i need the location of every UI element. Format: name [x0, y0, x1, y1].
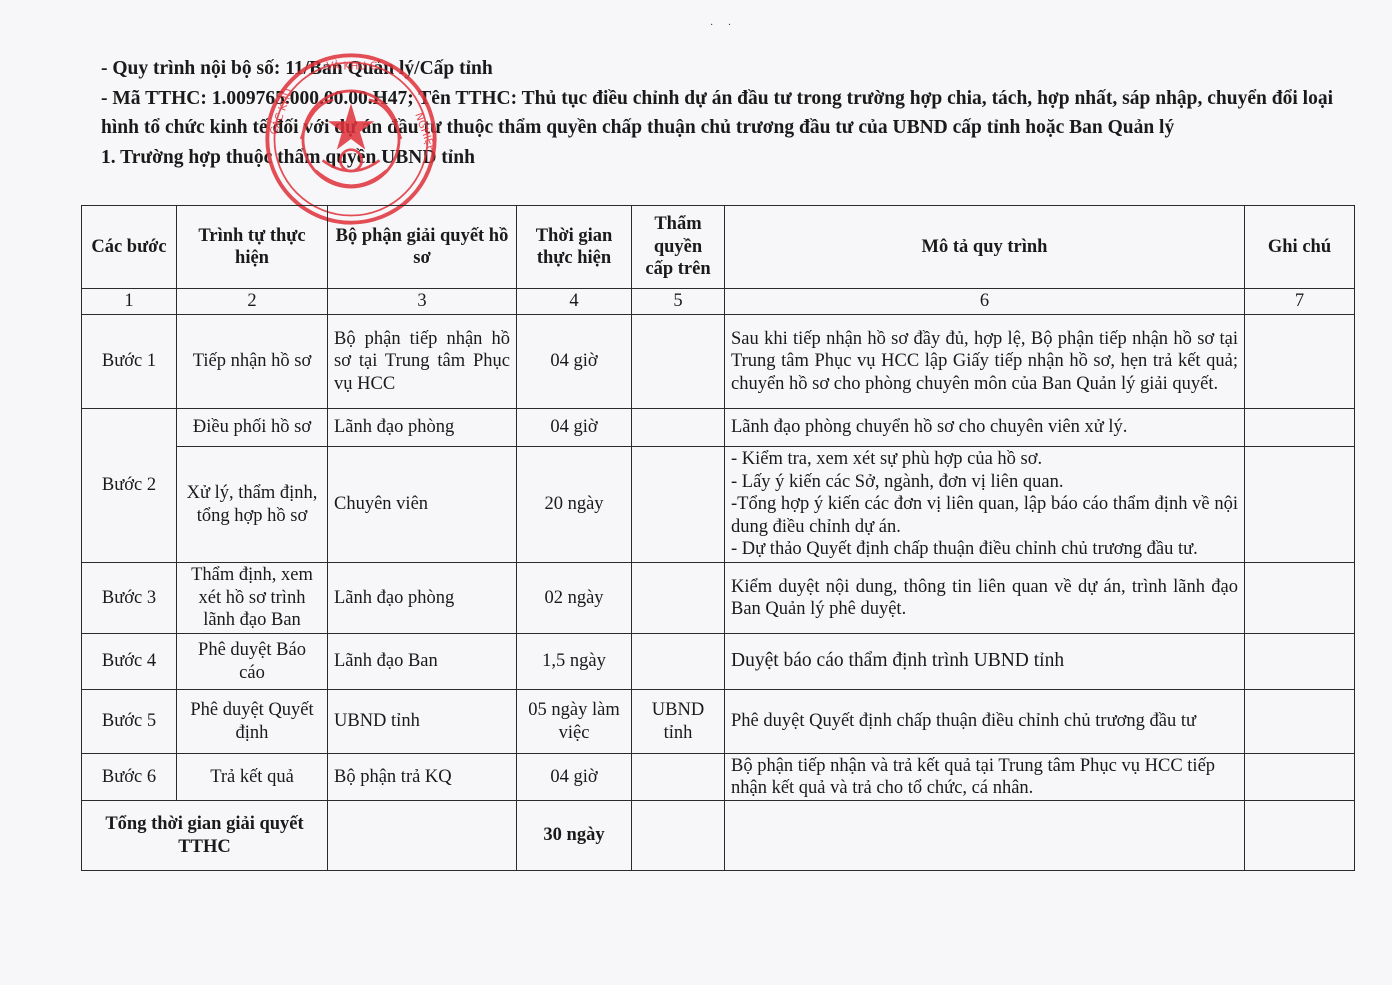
document-intro: - Quy trình nội bộ số: 11/Ban Quản lý/Cấ… [101, 54, 1333, 172]
column-number: 4 [517, 289, 632, 315]
description-cell: Duyệt báo cáo thẩm định trình UBND tỉnh [725, 634, 1245, 690]
note-cell [1245, 563, 1355, 634]
authority-cell [632, 409, 725, 447]
description-cell: Sau khi tiếp nhận hồ sơ đầy đủ, hợp lệ, … [725, 315, 1245, 409]
total-description-cell [725, 801, 1245, 871]
authority-cell [632, 563, 725, 634]
table-row: Xử lý, thẩm định, tổng hợp hồ sơ Chuyên … [82, 447, 1355, 563]
department-cell: Lãnh đạo Ban [328, 634, 517, 690]
header-authority: Thẩm quyền cấp trên [632, 206, 725, 289]
sequence-cell: Tiếp nhận hồ sơ [177, 315, 328, 409]
step-cell: Bước 1 [82, 315, 177, 409]
section-title: 1. Trường hợp thuộc thẩm quyền UBND tỉnh [101, 143, 1333, 173]
step-cell: Bước 6 [82, 754, 177, 801]
column-number: 7 [1245, 289, 1355, 315]
note-cell [1245, 447, 1355, 563]
column-number: 2 [177, 289, 328, 315]
description-cell: Bộ phận tiếp nhận và trả kết quả tại Tru… [725, 754, 1245, 801]
column-number: 3 [328, 289, 517, 315]
step-cell: Bước 4 [82, 634, 177, 690]
authority-cell [632, 634, 725, 690]
column-number-row: 1 2 3 4 5 6 7 [82, 289, 1355, 315]
table-row: Bước 4 Phê duyệt Báo cáo Lãnh đạo Ban 1,… [82, 634, 1355, 690]
step-cell: Bước 2 [82, 409, 177, 563]
duration-cell: 04 giờ [517, 315, 632, 409]
duration-cell: 04 giờ [517, 754, 632, 801]
duration-cell: 05 ngày làm việc [517, 690, 632, 754]
header-sequence: Trình tự thực hiện [177, 206, 328, 289]
total-row: Tổng thời gian giải quyết TTHC 30 ngày [82, 801, 1355, 871]
note-cell [1245, 754, 1355, 801]
internal-process-number: - Quy trình nội bộ số: 11/Ban Quản lý/Cấ… [101, 54, 1333, 84]
department-cell: Chuyên viên [328, 447, 517, 563]
duration-cell: 02 ngày [517, 563, 632, 634]
step-cell: Bước 5 [82, 690, 177, 754]
sequence-cell: Phê duyệt Báo cáo [177, 634, 328, 690]
step-cell: Bước 3 [82, 563, 177, 634]
authority-cell [632, 754, 725, 801]
procedure-code-and-name: - Mã TTHC: 1.009765.000.00.00.H47; Tên T… [101, 84, 1333, 143]
table-row: Bước 2 Điều phối hồ sơ Lãnh đạo phòng 04… [82, 409, 1355, 447]
note-cell [1245, 690, 1355, 754]
total-department-cell [328, 801, 517, 871]
description-line: - Dự thảo Quyết định chấp thuận điều chỉ… [731, 538, 1238, 561]
department-cell: Lãnh đạo phòng [328, 563, 517, 634]
description-cell: Lãnh đạo phòng chuyển hồ sơ cho chuyên v… [725, 409, 1245, 447]
sequence-cell: Thẩm định, xem xét hồ sơ trình lãnh đạo … [177, 563, 328, 634]
sequence-cell: Điều phối hồ sơ [177, 409, 328, 447]
table-row: Bước 5 Phê duyệt Quyết định UBND tỉnh 05… [82, 690, 1355, 754]
duration-cell: 20 ngày [517, 447, 632, 563]
total-note-cell [1245, 801, 1355, 871]
department-cell: UBND tỉnh [328, 690, 517, 754]
description-cell: Phê duyệt Quyết định chấp thuận điều chỉ… [725, 690, 1245, 754]
sequence-cell: Phê duyệt Quyết định [177, 690, 328, 754]
procedure-steps-table: Các bước Trình tự thực hiện Bộ phận giải… [81, 205, 1355, 871]
header-description: Mô tả quy trình [725, 206, 1245, 289]
header-note: Ghi chú [1245, 206, 1355, 289]
description-cell: - Kiểm tra, xem xét sự phù hợp của hồ sơ… [725, 447, 1245, 563]
duration-cell: 04 giờ [517, 409, 632, 447]
header-department: Bộ phận giải quyết hồ sơ [328, 206, 517, 289]
sequence-cell: Xử lý, thẩm định, tổng hợp hồ sơ [177, 447, 328, 563]
description-line: - Kiểm tra, xem xét sự phù hợp của hồ sơ… [731, 448, 1238, 471]
duration-cell: 1,5 ngày [517, 634, 632, 690]
sequence-cell: Trả kết quả [177, 754, 328, 801]
table-row: Bước 6 Trả kết quả Bộ phận trả KQ 04 giờ… [82, 754, 1355, 801]
authority-cell [632, 447, 725, 563]
authority-cell [632, 315, 725, 409]
total-authority-cell [632, 801, 725, 871]
total-duration: 30 ngày [517, 801, 632, 871]
header-duration: Thời gian thực hiện [517, 206, 632, 289]
note-cell [1245, 315, 1355, 409]
authority-cell: UBND tỉnh [632, 690, 725, 754]
department-cell: Lãnh đạo phòng [328, 409, 517, 447]
description-line: -Tổng hợp ý kiến các đơn vị liên quan, l… [731, 493, 1238, 538]
table-header-row: Các bước Trình tự thực hiện Bộ phận giải… [82, 206, 1355, 289]
table-row: Bước 3 Thẩm định, xem xét hồ sơ trình lã… [82, 563, 1355, 634]
table-row: Bước 1 Tiếp nhận hồ sơ Bộ phận tiếp nhận… [82, 315, 1355, 409]
note-cell [1245, 634, 1355, 690]
description-cell: Kiểm duyệt nội dung, thông tin liên quan… [725, 563, 1245, 634]
header-steps: Các bước [82, 206, 177, 289]
total-label: Tổng thời gian giải quyết TTHC [82, 801, 328, 871]
column-number: 6 [725, 289, 1245, 315]
column-number: 5 [632, 289, 725, 315]
department-cell: Bộ phận trả KQ [328, 754, 517, 801]
department-cell: Bộ phận tiếp nhận hồ sơ tại Trung tâm Ph… [328, 315, 517, 409]
scan-marks: · · [710, 20, 737, 31]
description-line: - Lấy ý kiến các Sở, ngành, đơn vị liên … [731, 471, 1238, 494]
column-number: 1 [82, 289, 177, 315]
note-cell [1245, 409, 1355, 447]
